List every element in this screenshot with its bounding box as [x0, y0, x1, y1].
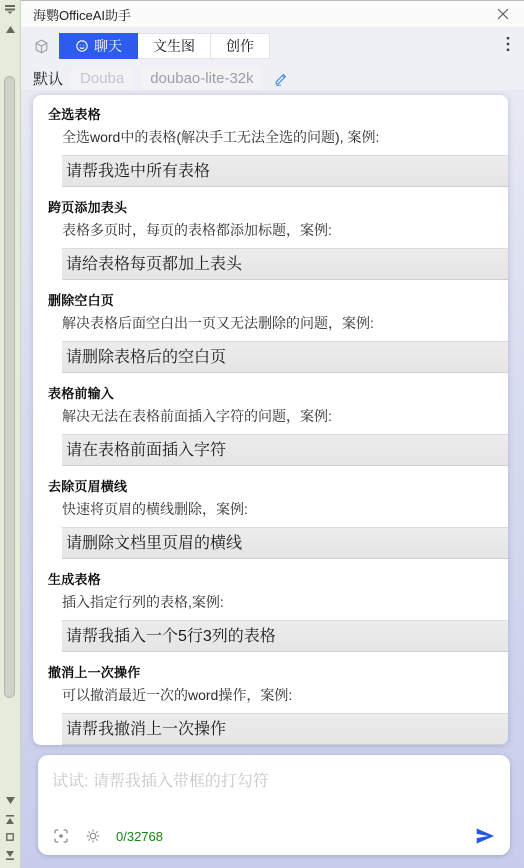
composer-toolbar: 0/32768 — [52, 826, 496, 846]
feature-description: 表格多页时，每页的表格都添加标题，案例: — [62, 220, 508, 240]
pane-body: 全选表格 全选word中的表格(解决手工无法全选的问题), 案例: 请帮我选中所… — [21, 90, 524, 868]
scroll-up-icon[interactable] — [0, 26, 20, 33]
feature-description: 可以撤消最近一次的word操作，案例: — [62, 685, 508, 705]
scroll-down-icon[interactable] — [0, 797, 20, 804]
feature-card: 表格前输入 解决无法在表格前面插入字符的问题，案例: 请在表格前面插入字符 — [48, 383, 508, 466]
tab-text-to-image[interactable]: 文生图 — [138, 33, 211, 59]
officeai-pane: 海鹦OfficeAI助手 聊天 文生图 创作 — [21, 0, 524, 868]
feature-title: 删除空白页 — [48, 290, 508, 309]
tab-bar: 聊天 文生图 创作 — [33, 32, 516, 60]
feature-title: 跨页添加表头 — [48, 197, 508, 216]
prompt-examples-panel: 全选表格 全选word中的表格(解决手工无法全选的问题), 案例: 请帮我选中所… — [33, 95, 508, 745]
model-option-current[interactable]: doubao-lite-32k — [141, 67, 262, 90]
feature-title: 生成表格 — [48, 569, 508, 588]
composer-placeholder: 试试: 请帮我插入带框的打勾符 — [52, 768, 496, 791]
example-prompt[interactable]: 请在表格前面插入字符 — [62, 434, 508, 466]
tab-create-label: 创作 — [226, 36, 254, 56]
plugin-cube-icon[interactable] — [33, 38, 50, 55]
feature-description: 解决表格后面空白出一页又无法删除的问题，案例: — [62, 313, 508, 333]
feature-title: 去除页眉横线 — [48, 476, 508, 495]
feature-card: 全选表格 全选word中的表格(解决手工无法全选的问题), 案例: 请帮我选中所… — [48, 104, 508, 187]
feature-title: 表格前输入 — [48, 383, 508, 402]
feature-description: 插入指定行列的表格,案例: — [62, 592, 508, 612]
feature-title: 全选表格 — [48, 104, 508, 123]
screenshot-capture-icon[interactable] — [52, 827, 70, 845]
edit-model-pencil-icon[interactable] — [273, 71, 289, 87]
model-option-default[interactable]: 默认 — [33, 68, 63, 89]
settings-gear-icon[interactable] — [85, 828, 101, 844]
pane-header: 聊天 文生图 创作 默认 Douba doubao-lite-32k — [21, 28, 524, 90]
tab-create[interactable]: 创作 — [211, 33, 270, 59]
select-browse-object-icon[interactable] — [0, 833, 20, 841]
feature-description: 解决无法在表格前面插入字符的问题，案例: — [62, 406, 508, 426]
feature-card: 删除空白页 解决表格后面空白出一页又无法删除的问题，案例: 请删除表格后的空白页 — [48, 290, 508, 373]
model-selector-bar: 默认 Douba doubao-lite-32k — [33, 67, 516, 90]
split-pane-icon[interactable] — [0, 5, 20, 14]
previous-page-icon[interactable] — [0, 815, 20, 825]
feature-card: 生成表格 插入指定行列的表格,案例: 请帮我插入一个5行3列的表格 — [48, 569, 508, 652]
token-counter: 0/32768 — [116, 829, 163, 844]
feature-description: 全选word中的表格(解决手工无法全选的问题), 案例: — [62, 127, 508, 147]
tab-text-to-image-label: 文生图 — [153, 36, 195, 56]
pane-titlebar: 海鹦OfficeAI助手 — [21, 0, 524, 28]
feature-description: 快速将页眉的横线删除，案例: — [62, 499, 508, 519]
next-page-icon[interactable] — [0, 850, 20, 860]
message-composer[interactable]: 试试: 请帮我插入带框的打勾符 0/32768 — [38, 755, 510, 855]
feature-title: 撤消上一次操作 — [48, 662, 508, 681]
example-prompt[interactable]: 请帮我插入一个5行3列的表格 — [62, 620, 508, 652]
tab-chat[interactable]: 聊天 — [59, 33, 138, 59]
send-icon[interactable] — [474, 826, 496, 846]
feature-card: 撤消上一次操作 可以撤消最近一次的word操作，案例: 请帮我撤消上一次操作 — [48, 662, 508, 745]
chat-bubble-icon — [75, 39, 89, 53]
close-icon[interactable] — [494, 5, 512, 23]
example-prompt[interactable]: 请帮我撤消上一次操作 — [62, 713, 508, 745]
scrollbar-thumb[interactable] — [4, 76, 15, 698]
tab-chat-label: 聊天 — [94, 36, 122, 56]
feature-card: 去除页眉横线 快速将页眉的横线删除，案例: 请删除文档里页眉的横线 — [48, 476, 508, 559]
example-prompt[interactable]: 请删除文档里页眉的横线 — [62, 527, 508, 559]
pane-title: 海鹦OfficeAI助手 — [33, 5, 131, 24]
example-prompt[interactable]: 请给表格每页都加上表头 — [62, 248, 508, 280]
example-prompt[interactable]: 请帮我选中所有表格 — [62, 155, 508, 187]
example-prompt[interactable]: 请删除表格后的空白页 — [62, 341, 508, 373]
model-option-truncated[interactable]: Douba — [71, 67, 133, 90]
feature-card: 跨页添加表头 表格多页时，每页的表格都添加标题，案例: 请给表格每页都加上表头 — [48, 197, 508, 280]
kebab-menu-icon[interactable] — [500, 34, 516, 59]
officeai-task-pane: 海鹦OfficeAI助手 聊天 文生图 创作 — [0, 0, 524, 868]
word-vertical-scrollbar — [0, 0, 21, 868]
